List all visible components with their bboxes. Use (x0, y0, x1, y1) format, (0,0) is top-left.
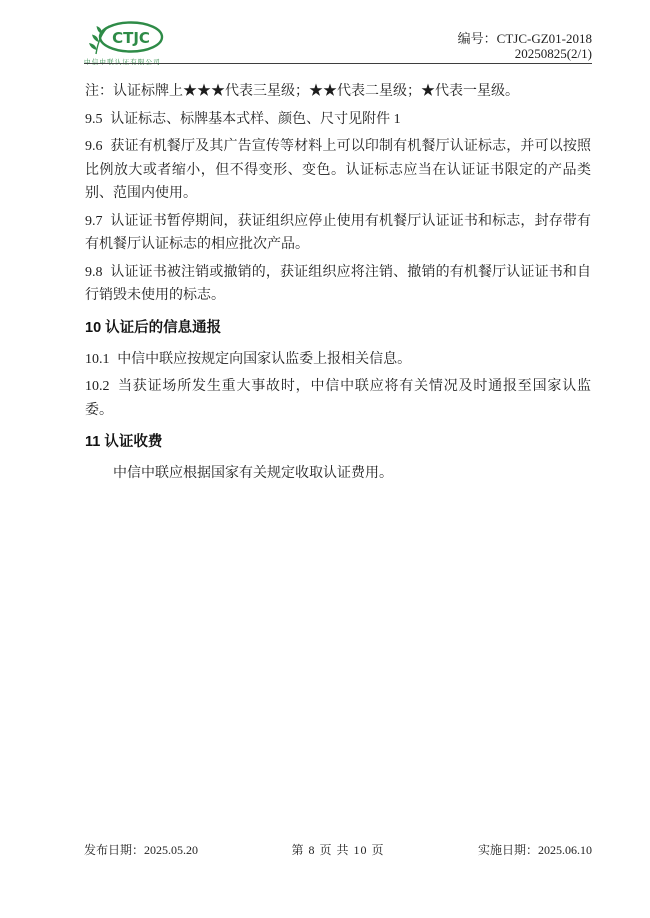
note-line: 注：认证标牌上★★★代表三星级；★★代表二星级；★代表一星级。 (85, 80, 591, 104)
clause-number: 10.2 (85, 379, 110, 394)
section-11-text: 中信中联应根据国家有关规定收取认证费用。 (85, 462, 591, 486)
clause-number: 10.1 (85, 352, 110, 367)
clause-text: 认证证书被注销或撤销的，获证组织应将注销、撤销的有机餐厅认证证书和自行销毁未使用… (85, 265, 591, 304)
page-header: CTJC 中信中联认证有限公司 编号：CTJC-GZ01-2018 202508… (84, 20, 592, 66)
clause-number: 9.8 (85, 265, 103, 280)
clause-text: 当获证场所发生重大事故时，中信中联应将有关情况及时通报至国家认监委。 (85, 379, 591, 418)
clause-number: 9.6 (85, 139, 103, 154)
clause-number: 9.5 (85, 112, 103, 127)
doc-number-block: 编号：CTJC-GZ01-2018 20250825(2/1) (458, 20, 592, 61)
document-page: CTJC 中信中联认证有限公司 编号：CTJC-GZ01-2018 202508… (0, 0, 650, 918)
document-body: 注：认证标牌上★★★代表三星级；★★代表二星级；★代表一星级。 9.5认证标志、… (85, 80, 591, 490)
doc-revision: 20250825(2/1) (458, 47, 592, 61)
doc-number-value: CTJC-GZ01-2018 (497, 31, 592, 46)
release-date: 发布日期：2025.05.20 (84, 841, 291, 858)
logo-block: CTJC 中信中联认证有限公司 (84, 20, 166, 66)
implementation-date: 实施日期：2025.06.10 (385, 841, 593, 858)
clause-text: 认证证书暂停期间，获证组织应停止使用有机餐厅认证证书和标志，封存带有有机餐厅认证… (85, 214, 591, 253)
clause-10-1: 10.1中信中联应按规定向国家认监委上报相关信息。 (85, 348, 591, 372)
doc-number-label: 编号： (458, 31, 497, 46)
logo-text: CTJC (112, 29, 150, 47)
section-11-heading: 11 认证收费 (85, 431, 591, 453)
page-footer: 发布日期：2025.05.20 第 8 页 共 10 页 实施日期：2025.0… (84, 841, 592, 858)
company-name: 中信中联认证有限公司 (84, 57, 161, 66)
clause-number: 9.7 (85, 214, 103, 229)
clause-text: 认证标志、标牌基本式样、颜色、尺寸见附件 1 (110, 112, 401, 127)
header-divider (84, 63, 592, 64)
section-10-heading: 10 认证后的信息通报 (85, 317, 591, 339)
clause-9-7: 9.7认证证书暂停期间，获证组织应停止使用有机餐厅认证证书和标志，封存带有有机餐… (85, 210, 591, 257)
clause-9-6: 9.6获证有机餐厅及其广告宣传等材料上可以印制有机餐厅认证标志，并可以按照比例放… (85, 135, 591, 206)
clause-9-5: 9.5认证标志、标牌基本式样、颜色、尺寸见附件 1 (85, 108, 591, 132)
clause-10-2: 10.2当获证场所发生重大事故时，中信中联应将有关情况及时通报至国家认监委。 (85, 375, 591, 422)
ctjc-logo-icon: CTJC (84, 20, 166, 56)
page-number: 第 8 页 共 10 页 (291, 841, 384, 858)
clause-9-8: 9.8认证证书被注销或撤销的，获证组织应将注销、撤销的有机餐厅认证证书和自行销毁… (85, 261, 591, 308)
doc-number-line: 编号：CTJC-GZ01-2018 (458, 32, 592, 46)
clause-text: 获证有机餐厅及其广告宣传等材料上可以印制有机餐厅认证标志，并可以按照比例放大或者… (85, 139, 591, 201)
note-text: 注：认证标牌上★★★代表三星级；★★代表二星级；★代表一星级。 (85, 84, 519, 99)
clause-text: 中信中联应按规定向国家认监委上报相关信息。 (117, 352, 411, 367)
